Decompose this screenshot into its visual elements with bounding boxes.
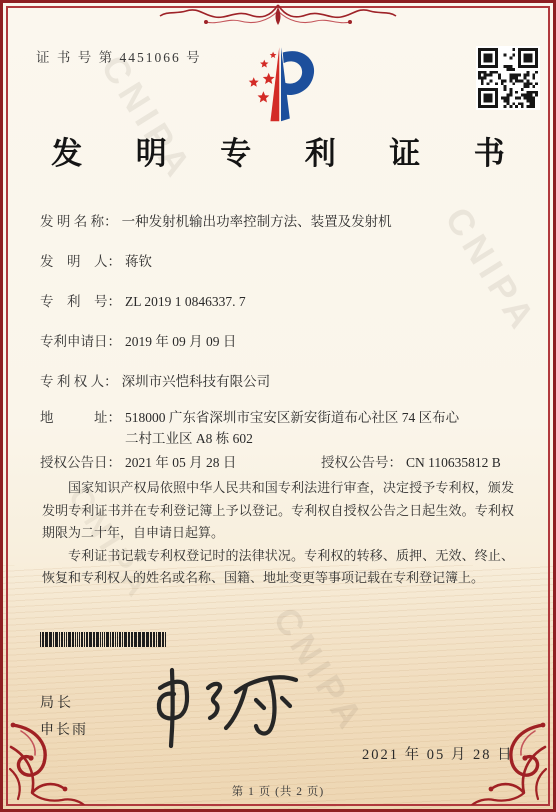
legal-text: 国家知识产权局依照中华人民共和国专利法进行审查，决定授予专利权，颁发发明专利证书… bbox=[42, 477, 514, 590]
legal-paragraph-1: 国家知识产权局依照中华人民共和国专利法进行审查，决定授予专利权，颁发发明专利证书… bbox=[42, 477, 514, 545]
field-value: 518000 广东省深圳市宝安区新安街道布心社区 74 区布心 二村工业区 A8… bbox=[121, 407, 514, 449]
field-label: 专 利 权 人： bbox=[40, 371, 118, 392]
field-invention-name: 发 明 名 称： 一种发射机输出功率控制方法、装置及发射机 bbox=[40, 211, 514, 232]
qr-code-icon bbox=[476, 46, 540, 110]
field-label: 发 明 名 称： bbox=[40, 211, 118, 232]
certificate-number: 证 书 号 第 4451066 号 bbox=[36, 46, 202, 66]
field-label: 专利申请日： bbox=[40, 331, 121, 352]
field-inventor: 发 明 人： 蒋钦 bbox=[40, 251, 514, 272]
address-line-2: 二村工业区 A8 栋 602 bbox=[125, 428, 514, 449]
field-value: 一种发射机输出功率控制方法、装置及发射机 bbox=[118, 211, 514, 232]
field-patent-number: 专 利 号： ZL 2019 1 0846337. 7 bbox=[40, 291, 514, 312]
field-patentee: 专 利 权 人： 深圳市兴恺科技有限公司 bbox=[40, 371, 514, 392]
field-label: 发 明 人： bbox=[40, 251, 121, 272]
signature-icon bbox=[138, 658, 308, 756]
barcode-icon bbox=[40, 632, 220, 647]
field-label: 专 利 号： bbox=[40, 291, 121, 312]
field-value: ZL 2019 1 0846337. 7 bbox=[121, 291, 514, 312]
top-ornament bbox=[158, 3, 398, 31]
field-grant-row: 授权公告日： 2021 年 05 月 28 日 授权公告号： CN 110635… bbox=[40, 452, 514, 473]
corner-ornament-left bbox=[7, 721, 87, 805]
certificate-title: 发 明 专 利 证 书 bbox=[0, 128, 556, 173]
field-filing-date: 专利申请日： 2019 年 09 月 09 日 bbox=[40, 331, 514, 352]
field-value: CN 110635812 B bbox=[402, 452, 514, 473]
field-value: 2019 年 09 月 09 日 bbox=[121, 331, 514, 352]
field-address: 地 址： 518000 广东省深圳市宝安区新安街道布心社区 74 区布心 二村工… bbox=[40, 407, 514, 449]
field-value: 蒋钦 bbox=[121, 251, 514, 272]
field-label: 授权公告号： bbox=[321, 452, 402, 473]
legal-paragraph-2: 专利证书记载专利权登记时的法律状况。专利权的转移、质押、无效、终止、恢复和专利权… bbox=[42, 545, 514, 590]
address-line-1: 518000 广东省深圳市宝安区新安街道布心社区 74 区布心 bbox=[125, 410, 459, 425]
cnipa-logo-icon bbox=[236, 42, 326, 130]
patent-certificate-page: CNIPA CNIPA CNIPA CNIPA 证 书 号 第 4451066 … bbox=[0, 0, 556, 812]
corner-ornament-right bbox=[469, 721, 549, 805]
field-label: 授权公告日： bbox=[40, 452, 121, 473]
field-value: 深圳市兴恺科技有限公司 bbox=[118, 371, 514, 392]
director-title-label: 局长 bbox=[40, 692, 74, 712]
field-label: 地 址： bbox=[40, 407, 121, 449]
field-value: 2021 年 05 月 28 日 bbox=[121, 452, 293, 473]
